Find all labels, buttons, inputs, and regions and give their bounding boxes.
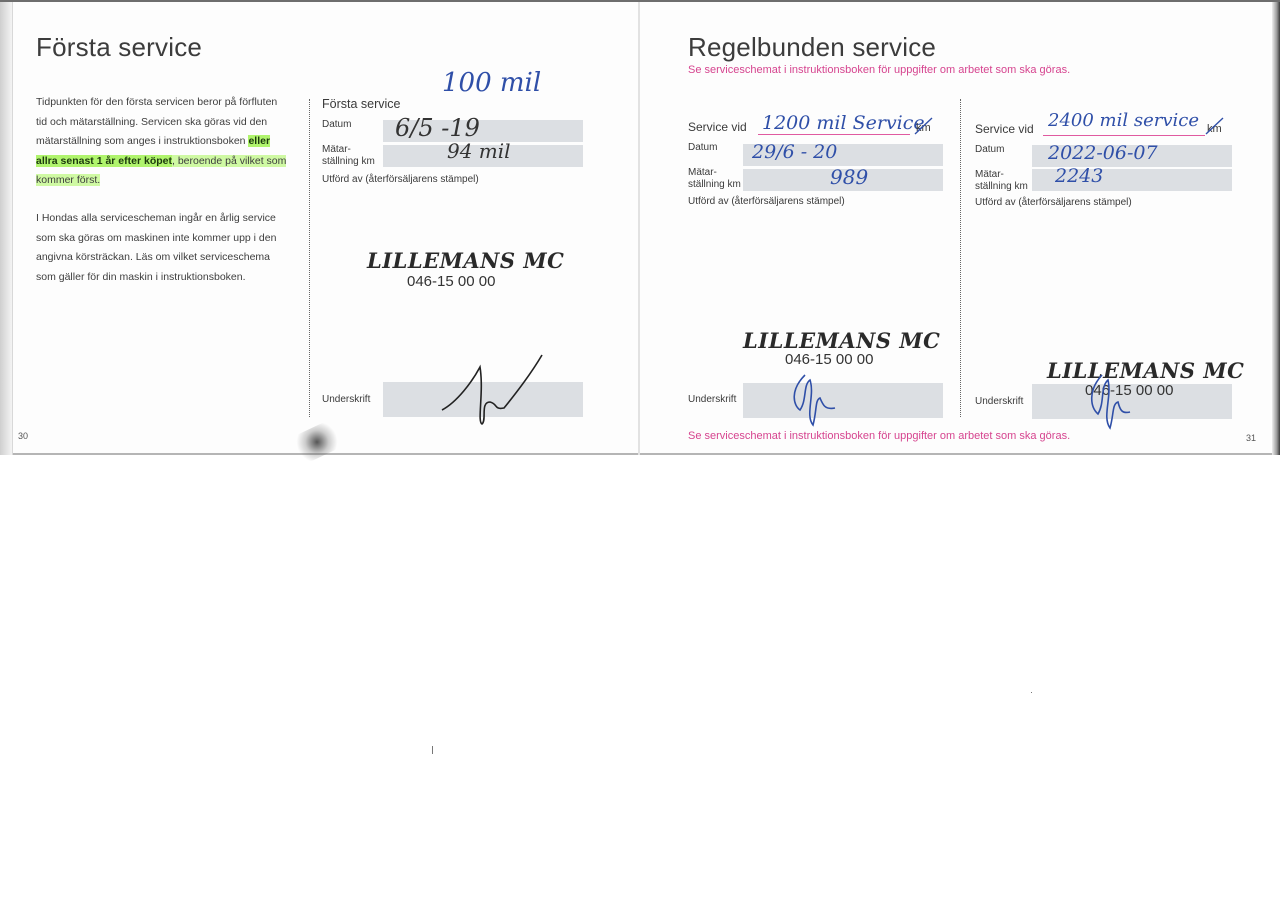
date-value: 6/5 -19	[395, 114, 480, 142]
left-page: Första service Tidpunkten för den första…	[12, 2, 638, 455]
dealer-stamp-name: LILLEMANS MC	[1047, 358, 1244, 383]
text-line: kommer först.	[36, 171, 316, 191]
dealer-stamp-name: LILLEMANS MC	[367, 248, 564, 273]
page-number: 31	[1246, 433, 1256, 443]
date-label: Datum	[322, 119, 351, 131]
text-fragment: mätarställning som anges i instruktionsb…	[36, 135, 248, 147]
date-label: Datum	[975, 144, 1004, 156]
signature-scribble-icon	[1080, 372, 1140, 432]
service-at-label: Service vid	[975, 122, 1034, 136]
odometer-label: Mätar- ställning km	[975, 169, 1028, 193]
text-line: allra senast 1 år efter köpet, beroende …	[36, 152, 316, 172]
label-line: Mätar-	[975, 169, 1028, 181]
service-at-value: 2400 mil service	[1048, 110, 1199, 131]
signature-label: Underskrift	[322, 394, 370, 406]
odometer-value: 2243	[1055, 165, 1103, 187]
label-line: ställning km	[688, 179, 741, 191]
label-line: Mätar-	[688, 167, 741, 179]
performed-by-label: Utförd av (återförsäljarens stämpel)	[975, 197, 1132, 209]
footer-note: Se serviceschemat i instruktionsboken fö…	[688, 430, 1070, 442]
column-divider	[960, 99, 961, 417]
label-line: ställning km	[975, 181, 1028, 193]
service-at-underline	[1043, 135, 1205, 136]
dealer-stamp-phone: 046-15 00 00	[785, 351, 873, 368]
text-line: angivna körsträckan. Läs om vilket servi…	[36, 248, 316, 268]
label-line: ställning km	[322, 156, 375, 168]
page-title: Regelbunden service	[688, 32, 936, 63]
service-at-label: Service vid	[688, 120, 747, 134]
performed-by-label: Utförd av (återförsäljarens stämpel)	[322, 174, 479, 186]
strike-mark-icon	[1203, 116, 1227, 136]
signature-scribble-icon	[785, 370, 855, 430]
text-line: som gäller för din maskin i instruktions…	[36, 268, 316, 288]
strike-mark-icon	[912, 116, 936, 136]
column-divider	[309, 99, 310, 417]
ink-smudge	[288, 418, 346, 466]
honda-schedule-paragraph: I Hondas alla servicescheman ingår en år…	[36, 209, 316, 287]
scan-speck	[432, 746, 433, 754]
highlighted-text: kommer först.	[36, 174, 100, 186]
right-page: Regelbunden service Se serviceschemat i …	[640, 2, 1272, 455]
highlighted-text: eller	[248, 135, 270, 147]
date-label: Datum	[688, 142, 717, 154]
scanned-service-book-spread: Första service Tidpunkten för den första…	[0, 0, 1280, 455]
signature-label: Underskrift	[688, 394, 736, 406]
text-line: mätarställning som anges i instruktionsb…	[36, 132, 316, 152]
dealer-stamp-name: LILLEMANS MC	[743, 328, 940, 353]
page-number: 30	[18, 431, 28, 441]
label-line: Mätar-	[322, 144, 375, 156]
signature-scribble-icon	[432, 352, 552, 432]
date-value: 2022-06-07	[1048, 142, 1158, 164]
page-subtitle: Se serviceschemat i instruktionsboken fö…	[688, 64, 1070, 76]
dealer-stamp-phone: 046-15 00 00	[407, 273, 495, 290]
intro-paragraph: Tidpunkten för den första servicen beror…	[36, 93, 316, 191]
text-line: som ska göras om maskinen inte kommer up…	[36, 229, 316, 249]
scan-speck	[1031, 692, 1032, 693]
date-value: 29/6 - 20	[752, 141, 837, 163]
odometer-value: 94 mil	[447, 139, 511, 163]
highlighted-text: allra senast 1 år efter köpet	[36, 155, 172, 167]
service-at-underline	[758, 134, 910, 135]
signature-label: Underskrift	[975, 396, 1023, 408]
odometer-label: Mätar- ställning km	[322, 144, 375, 168]
service-at-value: 1200 mil Service	[762, 112, 925, 134]
form-heading: Första service	[322, 97, 401, 111]
page-title: Första service	[36, 32, 202, 63]
text-line: tid och mätarställning. Servicen ska gör…	[36, 113, 316, 133]
performed-by-label: Utförd av (återförsäljarens stämpel)	[688, 196, 845, 208]
odometer-value: 989	[830, 165, 868, 189]
book-edge-right	[1272, 2, 1280, 455]
text-line: I Hondas alla servicescheman ingår en år…	[36, 209, 316, 229]
highlighted-text: , beroende på vilket som	[172, 155, 286, 167]
handwritten-note: 100 mil	[442, 68, 541, 98]
text-line: Tidpunkten för den första servicen beror…	[36, 93, 316, 113]
odometer-label: Mätar- ställning km	[688, 167, 741, 191]
